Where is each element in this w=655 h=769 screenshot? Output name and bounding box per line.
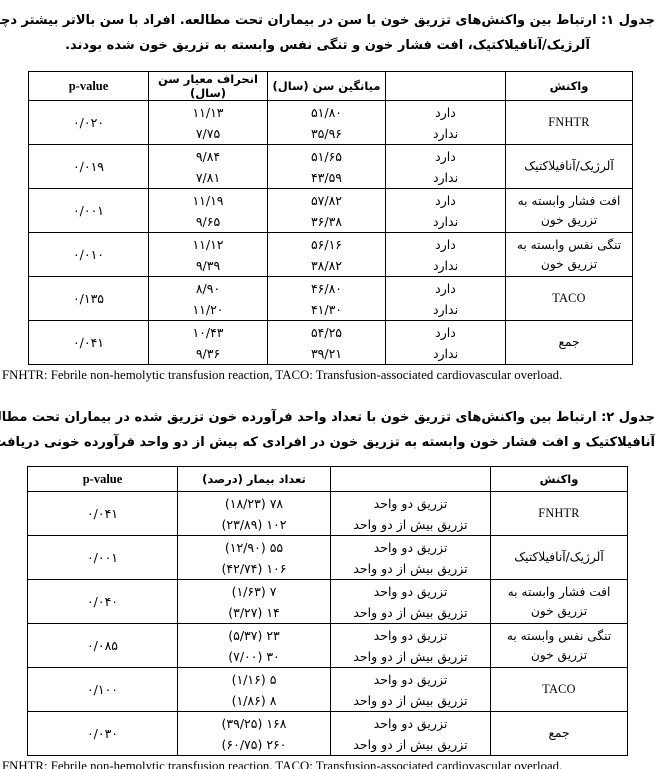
cell-units-line: تزریق دو واحد <box>331 625 490 646</box>
table1-title-line1: جدول ۱: ارتباط بین واکنش‌های تزریق خون ب… <box>0 8 655 33</box>
cell-reaction: جمع <box>506 321 633 365</box>
cell-mean-age-line: ۳۵/۹۶ <box>268 123 385 144</box>
table-row: TACOتزریق دو واحدتزریق بیش از دو واحد۵ (… <box>28 668 628 712</box>
cell-mean-age-line: ۵۶/۱۶ <box>268 234 385 255</box>
cell-units: تزریق دو واحدتزریق بیش از دو واحد <box>331 712 491 756</box>
cell-status-line: دارد <box>386 146 505 167</box>
cell-sd-age-line: ۸/۹۰ <box>149 278 267 299</box>
cell-patient-count-line: ۱۰۲ (۲۳/۸۹) <box>178 514 330 535</box>
table2-title: جدول ۲: ارتباط بین واکنش‌های تزریق خون ب… <box>0 397 655 455</box>
cell-reaction: آلرژیک/آنافیلاکتیک <box>506 145 633 189</box>
cell-pvalue: ۰/۰۸۵ <box>28 624 178 668</box>
cell-reaction: TACO <box>491 668 628 712</box>
cell-units-line: تزریق بیش از دو واحد <box>331 646 490 667</box>
cell-sd-age-line: ۹/۸۴ <box>149 146 267 167</box>
cell-status-line: دارد <box>386 278 505 299</box>
table-row: تنگی نفس وابسته به تزریق خونداردندارد۵۶/… <box>29 233 633 277</box>
cell-units: تزریق دو واحدتزریق بیش از دو واحد <box>331 536 491 580</box>
cell-sd-age-line: ۷/۷۵ <box>149 123 267 144</box>
cell-units-line: تزریق بیش از دو واحد <box>331 602 490 623</box>
cell-patient-count-line: ۵ (۱/۱۶) <box>178 669 330 690</box>
cell-reaction: تنگی نفس وابسته به تزریق خون <box>491 624 628 668</box>
cell-mean-age-line: ۵۴/۲۵ <box>268 322 385 343</box>
cell-reaction: آلرژیک/آنافیلاکتیک <box>491 536 628 580</box>
cell-reaction: FNHTR <box>506 101 633 145</box>
document-page: جدول ۱: ارتباط بین واکنش‌های تزریق خون ب… <box>0 0 655 769</box>
cell-reaction: FNHTR <box>491 492 628 536</box>
cell-pvalue: ۰/۰۳۰ <box>28 712 178 756</box>
table2-title-line1: جدول ۲: ارتباط بین واکنش‌های تزریق خون ب… <box>0 405 655 430</box>
cell-mean-age-line: ۳۸/۸۲ <box>268 255 385 276</box>
cell-patient-count-line: ۷۸ (۱۸/۲۳) <box>178 493 330 514</box>
table1-body: FNHTRداردندارد۵۱/۸۰۳۵/۹۶۱۱/۱۳۷/۷۵۰/۰۲۰آل… <box>29 101 633 365</box>
cell-pvalue: ۰/۰۰۱ <box>29 189 149 233</box>
cell-mean-age: ۴۶/۸۰۴۱/۳۰ <box>268 277 386 321</box>
cell-status: داردندارد <box>386 189 506 233</box>
table2-header-pvalue: p-value <box>28 467 178 492</box>
cell-status: داردندارد <box>386 145 506 189</box>
cell-units-line: تزریق بیش از دو واحد <box>331 558 490 579</box>
table1-header-mean-age: میانگین سن (سال) <box>268 72 386 101</box>
cell-units-line: تزریق دو واحد <box>331 669 490 690</box>
cell-patient-count: ۷ (۱/۶۳)۱۴ (۳/۲۷) <box>178 580 331 624</box>
cell-patient-count-line: ۷ (۱/۶۳) <box>178 581 330 602</box>
cell-units: تزریق دو واحدتزریق بیش از دو واحد <box>331 668 491 712</box>
table2-header-row: واکنش تعداد بیمار (درصد) p-value <box>28 467 628 492</box>
table1-title: جدول ۱: ارتباط بین واکنش‌های تزریق خون ب… <box>0 0 655 58</box>
cell-mean-age-line: ۳۶/۳۸ <box>268 211 385 232</box>
cell-patient-count-line: ۸ (۱/۸۶) <box>178 690 330 711</box>
cell-mean-age: ۵۷/۸۲۳۶/۳۸ <box>268 189 386 233</box>
cell-pvalue: ۰/۰۱۰ <box>29 233 149 277</box>
table-row: FNHTRتزریق دو واحدتزریق بیش از دو واحد۷۸… <box>28 492 628 536</box>
table2-footnote: FNHTR: Febrile non-hemolytic transfusion… <box>2 759 655 769</box>
cell-sd-age-line: ۱۱/۱۳ <box>149 102 267 123</box>
cell-mean-age-line: ۵۱/۶۵ <box>268 146 385 167</box>
cell-sd-age: ۸/۹۰۱۱/۲۰ <box>149 277 268 321</box>
table1-header-status <box>386 72 506 101</box>
cell-patient-count-line: ۳۰ (۷/۰۰) <box>178 646 330 667</box>
cell-mean-age-line: ۳۹/۲۱ <box>268 343 385 364</box>
cell-sd-age-line: ۹/۳۹ <box>149 255 267 276</box>
cell-status-line: ندارد <box>386 255 505 276</box>
cell-sd-age: ۱۱/۱۳۷/۷۵ <box>149 101 268 145</box>
table-row: افت فشار وابسته به تزریق خونداردندارد۵۷/… <box>29 189 633 233</box>
table1-header-sd-age: انحراف معیار سن (سال) <box>149 72 268 101</box>
cell-sd-age: ۱۰/۴۳۹/۳۶ <box>149 321 268 365</box>
cell-mean-age-line: ۴۳/۵۹ <box>268 167 385 188</box>
cell-pvalue: ۰/۰۴۱ <box>28 492 178 536</box>
cell-mean-age-line: ۴۱/۳۰ <box>268 299 385 320</box>
table1-header-reaction: واکنش <box>506 72 633 101</box>
table-row: TACOداردندارد۴۶/۸۰۴۱/۳۰۸/۹۰۱۱/۲۰۰/۱۳۵ <box>29 277 633 321</box>
cell-pvalue: ۰/۰۱۹ <box>29 145 149 189</box>
table-row: تنگی نفس وابسته به تزریق خونتزریق دو واح… <box>28 624 628 668</box>
cell-patient-count: ۵۵ (۱۲/۹۰)۱۰۶ (۴۲/۷۴) <box>178 536 331 580</box>
cell-mean-age-line: ۴۶/۸۰ <box>268 278 385 299</box>
cell-mean-age-line: ۵۱/۸۰ <box>268 102 385 123</box>
cell-sd-age-line: ۹/۳۶ <box>149 343 267 364</box>
cell-patient-count-line: ۱۶۸ (۳۹/۲۵) <box>178 713 330 734</box>
cell-status-line: ندارد <box>386 167 505 188</box>
table-row: جمعداردندارد۵۴/۲۵۳۹/۲۱۱۰/۴۳۹/۳۶۰/۰۴۱ <box>29 321 633 365</box>
cell-reaction: جمع <box>491 712 628 756</box>
cell-patient-count-line: ۵۵ (۱۲/۹۰) <box>178 537 330 558</box>
cell-units-line: تزریق بیش از دو واحد <box>331 514 490 535</box>
cell-sd-age-line: ۱۱/۲۰ <box>149 299 267 320</box>
cell-reaction: تنگی نفس وابسته به تزریق خون <box>506 233 633 277</box>
cell-units-line: تزریق بیش از دو واحد <box>331 734 490 755</box>
cell-patient-count-line: ۲۶۰ (۶۰/۷۵) <box>178 734 330 755</box>
table-age-vs-reactions: واکنش میانگین سن (سال) انحراف معیار سن (… <box>28 71 633 365</box>
cell-units: تزریق دو واحدتزریق بیش از دو واحد <box>331 492 491 536</box>
table1-footnote: FNHTR: Febrile non-hemolytic transfusion… <box>2 368 655 383</box>
table2-header-reaction: واکنش <box>491 467 628 492</box>
cell-sd-age-line: ۷/۸۱ <box>149 167 267 188</box>
cell-patient-count: ۱۶۸ (۳۹/۲۵)۲۶۰ (۶۰/۷۵) <box>178 712 331 756</box>
cell-patient-count-line: ۲۳ (۵/۳۷) <box>178 625 330 646</box>
table-units-vs-reactions: واکنش تعداد بیمار (درصد) p-value FNHTRتز… <box>27 466 628 756</box>
cell-sd-age-line: ۹/۶۵ <box>149 211 267 232</box>
table2-header-units <box>331 467 491 492</box>
cell-status-line: ندارد <box>386 123 505 144</box>
cell-reaction: افت فشار وابسته به تزریق خون <box>506 189 633 233</box>
table2-header-patient-count: تعداد بیمار (درصد) <box>178 467 331 492</box>
cell-status-line: ندارد <box>386 299 505 320</box>
cell-sd-age-line: ۱۱/۱۲ <box>149 234 267 255</box>
cell-sd-age: ۱۱/۱۲۹/۳۹ <box>149 233 268 277</box>
cell-pvalue: ۰/۰۴۰ <box>28 580 178 624</box>
cell-status-line: دارد <box>386 234 505 255</box>
cell-units: تزریق دو واحدتزریق بیش از دو واحد <box>331 624 491 668</box>
cell-patient-count-line: ۱۰۶ (۴۲/۷۴) <box>178 558 330 579</box>
cell-status: داردندارد <box>386 277 506 321</box>
cell-sd-age: ۹/۸۴۷/۸۱ <box>149 145 268 189</box>
cell-mean-age: ۵۱/۶۵۴۳/۵۹ <box>268 145 386 189</box>
cell-units-line: تزریق دو واحد <box>331 493 490 514</box>
cell-sd-age: ۱۱/۱۹۹/۶۵ <box>149 189 268 233</box>
cell-status-line: دارد <box>386 190 505 211</box>
table2-body: FNHTRتزریق دو واحدتزریق بیش از دو واحد۷۸… <box>28 492 628 756</box>
cell-mean-age: ۵۶/۱۶۳۸/۸۲ <box>268 233 386 277</box>
table-row: FNHTRداردندارد۵۱/۸۰۳۵/۹۶۱۱/۱۳۷/۷۵۰/۰۲۰ <box>29 101 633 145</box>
cell-reaction: TACO <box>506 277 633 321</box>
table-row: جمعتزریق دو واحدتزریق بیش از دو واحد۱۶۸ … <box>28 712 628 756</box>
cell-status: داردندارد <box>386 233 506 277</box>
cell-patient-count: ۵ (۱/۱۶)۸ (۱/۸۶) <box>178 668 331 712</box>
cell-patient-count-line: ۱۴ (۳/۲۷) <box>178 602 330 623</box>
cell-mean-age: ۵۴/۲۵۳۹/۲۱ <box>268 321 386 365</box>
cell-status-line: ندارد <box>386 343 505 364</box>
cell-units-line: تزریق بیش از دو واحد <box>331 690 490 711</box>
cell-pvalue: ۰/۰۴۱ <box>29 321 149 365</box>
cell-units-line: تزریق دو واحد <box>331 713 490 734</box>
cell-status-line: دارد <box>386 322 505 343</box>
cell-status-line: ندارد <box>386 211 505 232</box>
table-row: آلرژیک/آنافیلاکتیکتزریق دو واحدتزریق بیش… <box>28 536 628 580</box>
cell-status-line: دارد <box>386 102 505 123</box>
table-row: آلرژیک/آنافیلاکتیکداردندارد۵۱/۶۵۴۳/۵۹۹/۸… <box>29 145 633 189</box>
cell-mean-age-line: ۵۷/۸۲ <box>268 190 385 211</box>
cell-pvalue: ۰/۱۰۰ <box>28 668 178 712</box>
table1-title-line2: آلرژیک/آنافیلاکتیک، افت فشار خون و تنگی … <box>0 33 655 58</box>
cell-pvalue: ۰/۰۲۰ <box>29 101 149 145</box>
cell-patient-count: ۲۳ (۵/۳۷)۳۰ (۷/۰۰) <box>178 624 331 668</box>
table-row: افت فشار وابسته به تزریق خونتزریق دو واح… <box>28 580 628 624</box>
cell-sd-age-line: ۱۰/۴۳ <box>149 322 267 343</box>
cell-units-line: تزریق دو واحد <box>331 537 490 558</box>
table1-header-pvalue: p-value <box>29 72 149 101</box>
cell-status: داردندارد <box>386 321 506 365</box>
cell-pvalue: ۰/۰۰۱ <box>28 536 178 580</box>
cell-status: داردندارد <box>386 101 506 145</box>
cell-reaction: افت فشار وابسته به تزریق خون <box>491 580 628 624</box>
table2-title-line2: آنافیلاکتیک و افت فشار خون وابسته به تزر… <box>0 430 655 455</box>
cell-mean-age: ۵۱/۸۰۳۵/۹۶ <box>268 101 386 145</box>
cell-sd-age-line: ۱۱/۱۹ <box>149 190 267 211</box>
cell-patient-count: ۷۸ (۱۸/۲۳)۱۰۲ (۲۳/۸۹) <box>178 492 331 536</box>
cell-pvalue: ۰/۱۳۵ <box>29 277 149 321</box>
cell-units-line: تزریق دو واحد <box>331 581 490 602</box>
cell-units: تزریق دو واحدتزریق بیش از دو واحد <box>331 580 491 624</box>
table1-header-row: واکنش میانگین سن (سال) انحراف معیار سن (… <box>29 72 633 101</box>
